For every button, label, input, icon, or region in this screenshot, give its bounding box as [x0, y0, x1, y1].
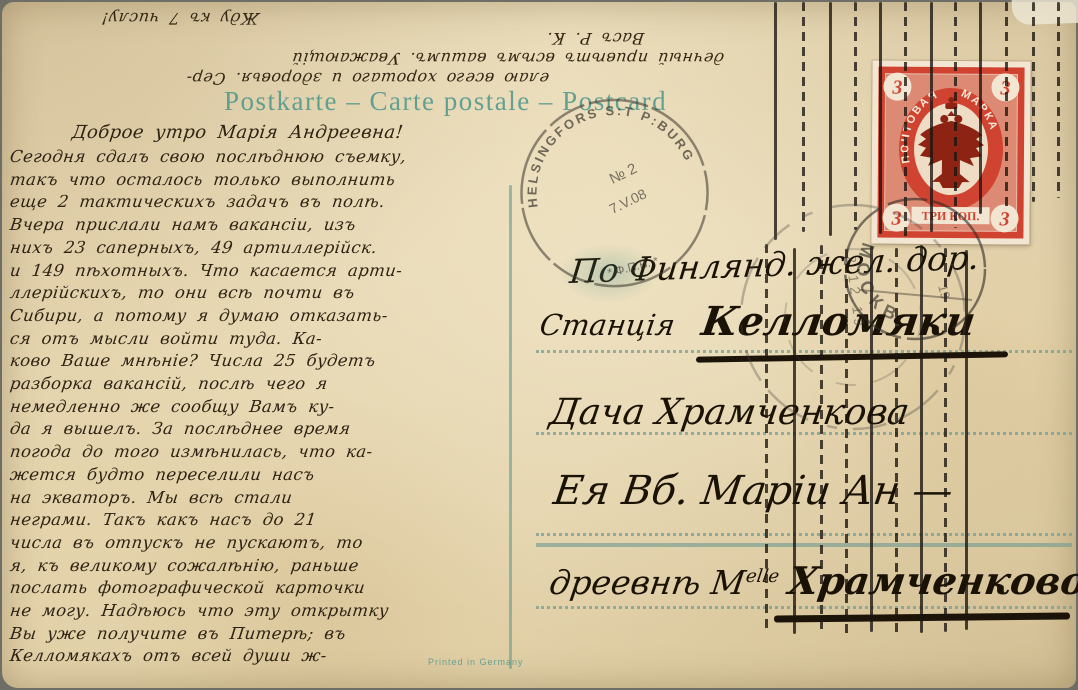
- message-line: числа въ отпускъ не пускаютъ, то: [9, 532, 524, 555]
- cancel-bar: [1032, 2, 1035, 202]
- message-line: неграми. Такъ какъ насъ до 21: [9, 509, 524, 532]
- recipient-patronymic: дреевнѣ М: [547, 563, 748, 602]
- message-signature-inverted: Васъ Р. К.: [1, 28, 765, 48]
- message-line: не могу. Надѣюсь что эту открытку: [9, 600, 524, 623]
- cancel-bar: [1057, 2, 1060, 198]
- address-rule-4: [536, 606, 1072, 609]
- message-line: Вчера прислали намъ вакансіи, изъ: [9, 214, 524, 237]
- message-line: разборка вакансій, послѣ чего я: [9, 373, 524, 396]
- address-rule-solid: [536, 543, 1072, 547]
- message-line: такъ что осталось только выполнить: [9, 169, 524, 192]
- printer-imprint: Printed in Germany: [428, 657, 524, 667]
- message-line: ково Ваше мнѣніе? Числа 25 будетъ: [9, 350, 524, 373]
- message-line: да я вышелъ. За послѣднее время: [9, 418, 524, 441]
- corner-wear: [1012, 0, 1078, 25]
- postcard-back: Postkarte – Carte postale – Postcard Доб…: [2, 2, 1076, 688]
- message-line: жется будто переселили насъ: [9, 464, 524, 487]
- message-line: немедленно же сообщу Вамъ ку-: [9, 396, 524, 419]
- message-line: ся отъ мысли войти туда. Ка-: [9, 328, 524, 351]
- message-line: Сегодня сдалъ свою послѣднюю съемку,: [9, 146, 524, 169]
- postmark-moscow: МОСКВА 19: [840, 194, 990, 348]
- message-line: ллерійскихъ, то они всѣ почти въ: [9, 282, 524, 305]
- postcard-scan: Postkarte – Carte postale – Postcard Доб…: [0, 0, 1078, 690]
- message-line: и 149 пѣхотныхъ. Что касается арти-: [9, 260, 524, 283]
- message-line-inverted: Жду къ 7 числу!: [1, 8, 765, 28]
- message-line: я, къ великому сожалѣнію, раньше: [9, 555, 524, 578]
- message-line: еще 2 тактическихъ задачъ въ полѣ.: [9, 191, 524, 214]
- postmark-tpo-date: 7.V.08: [607, 185, 649, 217]
- message-line: погода до того измѣнилась, что ка-: [9, 441, 524, 464]
- message-line: Сибири, а потому я думаю отказать-: [9, 305, 524, 328]
- recipient-surname: Храмченковой: [786, 558, 1078, 603]
- message-line-inverted: дечный привѣтъ всѣмъ вашимъ. Уважающій: [1, 48, 765, 68]
- message-line: на экваторъ. Мы всѣ стали: [9, 487, 524, 510]
- stamp-value-tl: 3: [891, 77, 902, 99]
- address-rule-3: [536, 533, 1072, 536]
- message-line: послать фотографической карточки: [9, 577, 524, 600]
- mlle-superscript: elle: [745, 566, 781, 587]
- message-salutation: Доброе утро Марія Андреевна!: [70, 120, 523, 146]
- postmark-tpo-bottom: * Ф.П.В. *: [606, 254, 660, 280]
- cancel-bar: [1005, 2, 1008, 208]
- message-line: Вы уже получите въ Питерѣ; въ: [9, 623, 524, 646]
- postmark-tpo-number: № 2: [607, 160, 640, 188]
- stamp-value-br: 3: [998, 208, 1009, 230]
- address-recipient-line2: дреевнѣ Мelle Храмченковой: [547, 558, 1078, 603]
- message-line: нихъ 23 саперныхъ, 49 артиллерійск.: [9, 237, 524, 260]
- cancel-bar: [979, 2, 982, 214]
- message-body: Доброе утро Марія Андреевна! Сегодня сда…: [10, 120, 522, 668]
